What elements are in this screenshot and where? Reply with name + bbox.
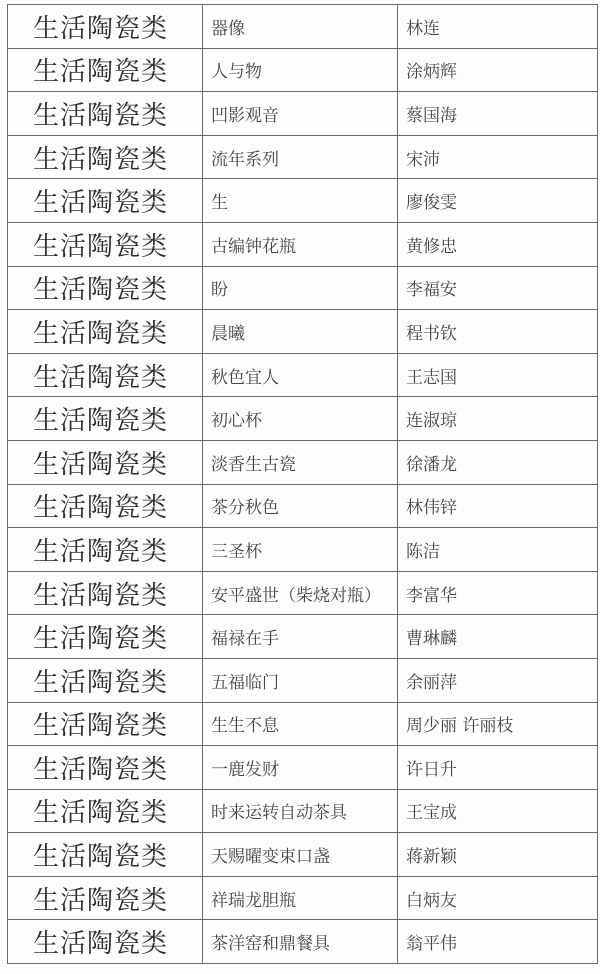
work-title-cell: 古编钟花瓶	[203, 222, 398, 266]
work-title-cell: 初心杯	[203, 397, 398, 441]
work-title-cell: 淡香生古瓷	[203, 440, 398, 484]
work-title-cell: 三圣杯	[203, 528, 398, 572]
table-row: 生活陶瓷类时来运转自动茶具王宝成	[8, 789, 598, 833]
table-row: 生活陶瓷类茶洋窑和鼎餐具翁平伟	[8, 920, 598, 964]
table-row: 生活陶瓷类五福临门余丽萍	[8, 658, 598, 702]
table-row: 生活陶瓷类器像林连	[8, 5, 598, 49]
category-cell: 生活陶瓷类	[8, 702, 203, 746]
author-cell: 王志国	[398, 353, 598, 397]
work-title-cell: 晨曦	[203, 310, 398, 354]
table-row: 生活陶瓷类生廖俊雯	[8, 179, 598, 223]
category-cell: 生活陶瓷类	[8, 789, 203, 833]
category-cell: 生活陶瓷类	[8, 135, 203, 179]
author-cell: 程书钦	[398, 310, 598, 354]
author-cell: 余丽萍	[398, 658, 598, 702]
work-title-cell: 时来运转自动茶具	[203, 789, 398, 833]
author-cell: 宋沛	[398, 135, 598, 179]
work-title-cell: 天赐曜变束口盏	[203, 833, 398, 877]
category-cell: 生活陶瓷类	[8, 920, 203, 964]
table-row: 生活陶瓷类秋色宜人王志国	[8, 353, 598, 397]
author-cell: 陈洁	[398, 528, 598, 572]
work-title-cell: 安平盛世（柴烧对瓶）	[203, 571, 398, 615]
category-cell: 生活陶瓷类	[8, 353, 203, 397]
category-cell: 生活陶瓷类	[8, 876, 203, 920]
author-cell: 黄修忠	[398, 222, 598, 266]
award-list-table: 生活陶瓷类器像林连 生活陶瓷类人与物涂炳辉 生活陶瓷类凹影观音蔡国海 生活陶瓷类…	[7, 4, 598, 964]
category-cell: 生活陶瓷类	[8, 746, 203, 790]
work-title-cell: 器像	[203, 5, 398, 49]
author-cell: 白炳友	[398, 876, 598, 920]
author-cell: 翁平伟	[398, 920, 598, 964]
table-row: 生活陶瓷类福禄在手曹琳麟	[8, 615, 598, 659]
work-title-cell: 五福临门	[203, 658, 398, 702]
table-row: 生活陶瓷类淡香生古瓷徐潘龙	[8, 440, 598, 484]
category-cell: 生活陶瓷类	[8, 528, 203, 572]
work-title-cell: 凹影观音	[203, 92, 398, 136]
author-cell: 连淑琼	[398, 397, 598, 441]
author-cell: 蒋新颖	[398, 833, 598, 877]
author-cell: 林连	[398, 5, 598, 49]
category-cell: 生活陶瓷类	[8, 615, 203, 659]
work-title-cell: 生	[203, 179, 398, 223]
author-cell: 林伟锌	[398, 484, 598, 528]
category-cell: 生活陶瓷类	[8, 833, 203, 877]
author-cell: 徐潘龙	[398, 440, 598, 484]
author-cell: 周少丽 许丽枝	[398, 702, 598, 746]
category-cell: 生活陶瓷类	[8, 571, 203, 615]
table-row: 生活陶瓷类流年系列宋沛	[8, 135, 598, 179]
author-cell: 廖俊雯	[398, 179, 598, 223]
work-title-cell: 福禄在手	[203, 615, 398, 659]
table-row: 生活陶瓷类初心杯连淑琼	[8, 397, 598, 441]
work-title-cell: 人与物	[203, 48, 398, 92]
table-row: 生活陶瓷类生生不息周少丽 许丽枝	[8, 702, 598, 746]
author-cell: 李富华	[398, 571, 598, 615]
category-cell: 生活陶瓷类	[8, 5, 203, 49]
work-title-cell: 盼	[203, 266, 398, 310]
table-row: 生活陶瓷类人与物涂炳辉	[8, 48, 598, 92]
work-title-cell: 祥瑞龙胆瓶	[203, 876, 398, 920]
table-row: 生活陶瓷类凹影观音蔡国海	[8, 92, 598, 136]
category-cell: 生活陶瓷类	[8, 266, 203, 310]
table-row: 生活陶瓷类天赐曜变束口盏蒋新颖	[8, 833, 598, 877]
category-cell: 生活陶瓷类	[8, 48, 203, 92]
work-title-cell: 茶分秋色	[203, 484, 398, 528]
author-cell: 李福安	[398, 266, 598, 310]
table-row: 生活陶瓷类古编钟花瓶黄修忠	[8, 222, 598, 266]
table-row: 生活陶瓷类祥瑞龙胆瓶白炳友	[8, 876, 598, 920]
category-cell: 生活陶瓷类	[8, 484, 203, 528]
category-cell: 生活陶瓷类	[8, 92, 203, 136]
category-cell: 生活陶瓷类	[8, 310, 203, 354]
category-cell: 生活陶瓷类	[8, 440, 203, 484]
author-cell: 许日升	[398, 746, 598, 790]
work-title-cell: 一鹿发财	[203, 746, 398, 790]
table-body: 生活陶瓷类器像林连 生活陶瓷类人与物涂炳辉 生活陶瓷类凹影观音蔡国海 生活陶瓷类…	[8, 5, 598, 964]
category-cell: 生活陶瓷类	[8, 222, 203, 266]
work-title-cell: 生生不息	[203, 702, 398, 746]
table-row: 生活陶瓷类安平盛世（柴烧对瓶）李富华	[8, 571, 598, 615]
table-row: 生活陶瓷类晨曦程书钦	[8, 310, 598, 354]
author-cell: 蔡国海	[398, 92, 598, 136]
author-cell: 涂炳辉	[398, 48, 598, 92]
author-cell: 曹琳麟	[398, 615, 598, 659]
table-row: 生活陶瓷类盼李福安	[8, 266, 598, 310]
category-cell: 生活陶瓷类	[8, 658, 203, 702]
table-row: 生活陶瓷类三圣杯陈洁	[8, 528, 598, 572]
category-cell: 生活陶瓷类	[8, 179, 203, 223]
work-title-cell: 茶洋窑和鼎餐具	[203, 920, 398, 964]
author-cell: 王宝成	[398, 789, 598, 833]
work-title-cell: 流年系列	[203, 135, 398, 179]
category-cell: 生活陶瓷类	[8, 397, 203, 441]
table-row: 生活陶瓷类茶分秋色林伟锌	[8, 484, 598, 528]
work-title-cell: 秋色宜人	[203, 353, 398, 397]
table-row: 生活陶瓷类一鹿发财许日升	[8, 746, 598, 790]
